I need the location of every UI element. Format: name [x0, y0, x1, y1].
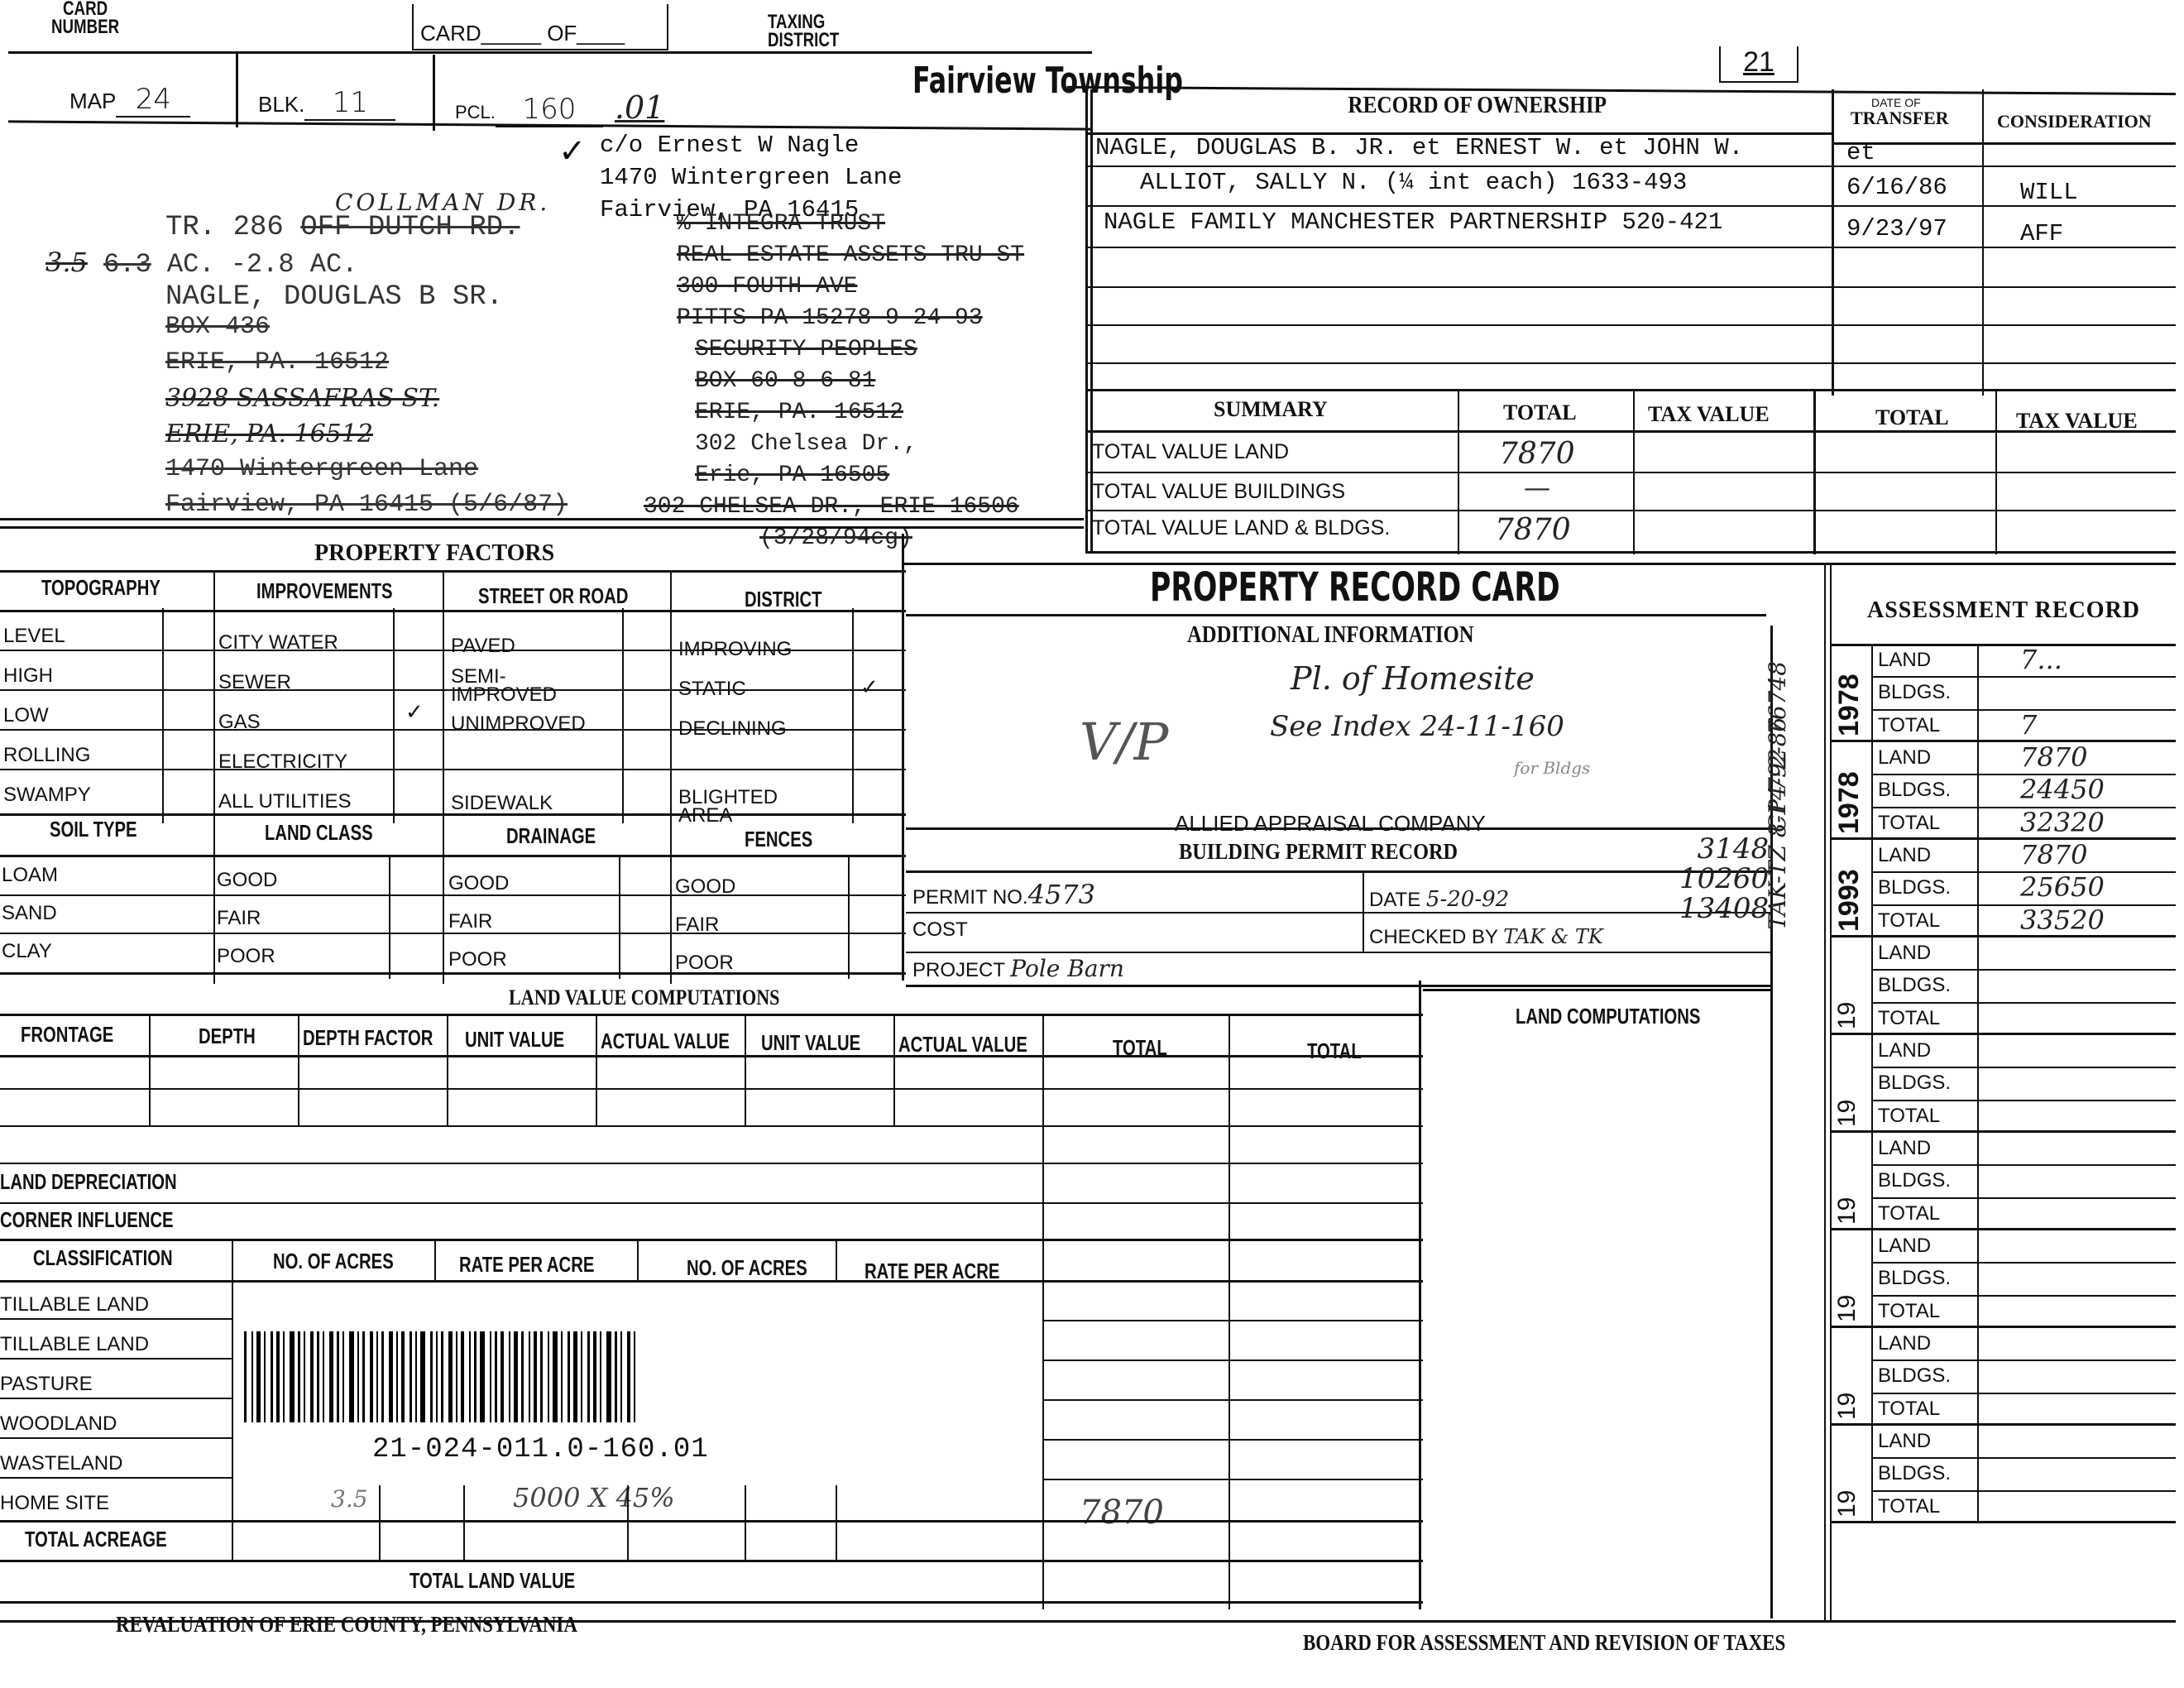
- assessment-row-label: TOTAL: [1878, 1495, 1940, 1518]
- assessment-block: 19LANDBLDGS.TOTAL: [1830, 1327, 2176, 1425]
- home-site-rate: 5000 X 45%: [513, 1482, 675, 1513]
- assessment-row-label: BLDGS.: [1878, 1462, 1951, 1485]
- owner-row-2: ALLIOT, SALLY N. (¼ int each) 1633-493: [1140, 169, 1687, 196]
- assessment-row-label: TOTAL: [1878, 1398, 1940, 1421]
- land-value-computations: LAND VALUE COMPUTATIONS FRONTAGE DEPTH D…: [0, 981, 1423, 1609]
- assessment-side-note: TAK-TZ 8-14-92: [1764, 748, 1791, 930]
- assessment-row-label: TOTAL: [1878, 812, 1940, 835]
- assessment-block: 19LANDBLDGS.TOTAL: [1830, 1034, 2176, 1132]
- note-line-2: See Index 24-11-160: [1270, 710, 1564, 743]
- owner-rule: [0, 518, 1084, 520]
- assessment-block: 19LANDBLDGS.TOTAL: [1830, 1132, 2176, 1230]
- assessment-year: 19: [1833, 1393, 1861, 1420]
- fences-list: GOOD FAIR POOR: [675, 868, 735, 982]
- acreage-line: 3.5 6.3 AC. -2.8 AC.: [45, 247, 357, 280]
- date-of-transfer-header: TRANSFER: [1851, 108, 1949, 129]
- barcode: [244, 1331, 889, 1422]
- home-site-total: 7870: [1080, 1494, 1164, 1532]
- drainage-list: GOOD FAIR POOR: [448, 865, 509, 979]
- assessment-land-value: 7...: [2020, 644, 2062, 675]
- pcl-field: PCL.160.01: [455, 89, 664, 127]
- note-line-1: Pl. of Homesite: [1291, 660, 1535, 697]
- owner-row-3: NAGLE FAMILY MANCHESTER PARTNERSHIP 520-…: [1104, 209, 1722, 236]
- permit-record: BUILDING PERMIT RECORD PERMIT NO.4573 DA…: [906, 827, 1770, 993]
- card-number-label: CARD NUMBER: [51, 0, 119, 36]
- assessment-land-value: 7870: [2020, 741, 2087, 773]
- assessment-year: 19: [1833, 1002, 1861, 1029]
- ownership-table: RECORD OF OWNERSHIP DATE OF TRANSFER CON…: [1085, 89, 2176, 396]
- property-factors: PROPERTY FACTORS TOPOGRAPHY IMPROVEMENTS…: [0, 534, 906, 981]
- assessment-row-label: TOTAL: [1878, 1105, 1940, 1128]
- assessment-year: 1993: [1833, 869, 1865, 932]
- assessment-row-label: BLDGS.: [1878, 1267, 1951, 1290]
- assessment-row-label: LAND: [1878, 1430, 1931, 1453]
- assessment-row-label: LAND: [1878, 1039, 1931, 1062]
- card-title: PROPERTY RECORD CARD: [1150, 564, 1560, 611]
- permit-side-figures: 3148 10260 13408: [1679, 834, 1769, 923]
- assessment-block: 1978LAND7...BLDGS.TOTAL776748: [1830, 644, 2176, 741]
- barcode-text: 21-024-011.0-160.01: [372, 1434, 709, 1465]
- assessment-year: 1978: [1833, 771, 1865, 834]
- assessment-row-label: LAND: [1878, 1332, 1931, 1355]
- taxing-district-label: TAXING DISTRICT: [768, 13, 839, 50]
- assessment-row-label: LAND: [1878, 1137, 1931, 1160]
- blk-field: BLK.11: [258, 86, 395, 121]
- district-code: 21: [1743, 46, 1774, 78]
- owner-rule: [0, 526, 1084, 529]
- note-line-3: for Bldgs: [1514, 758, 1590, 778]
- assessment-year: 19: [1833, 1197, 1861, 1225]
- ownership-title: RECORD OF OWNERSHIP: [1348, 93, 1607, 119]
- assessment-total-value: 7: [2020, 709, 2037, 741]
- additional-info: PROPERTY RECORD CARD ADDITIONAL INFORMAT…: [906, 563, 1766, 836]
- assessment-row-label: BLDGS.: [1878, 779, 1951, 802]
- summary-land-total: 7870: [1499, 437, 1575, 471]
- owner-row-1: NAGLE, DOUGLAS B. JR. et ERNEST W. et JO…: [1095, 134, 1743, 161]
- assessment-record: ASSESSMENT RECORD 1978LAND7...BLDGS.TOTA…: [1830, 563, 2176, 1622]
- map-field: MAP24: [69, 83, 190, 117]
- summary-table: SUMMARY TOTAL TAX VALUE TOTAL TAX VALUE …: [1085, 389, 2176, 563]
- improvements-list: CITY WATER SEWER GAS ELECTRICITY ALL UTI…: [218, 623, 352, 822]
- divider: [236, 51, 238, 127]
- district-code-box: 21: [1719, 46, 1798, 83]
- gas-check-icon[interactable]: ✓: [405, 699, 424, 725]
- blk-value[interactable]: 11: [304, 86, 395, 121]
- assessment-total-value: 33520: [2020, 904, 2105, 936]
- footer-left: REVALUATION OF ERIE COUNTY, PENNSYLVANIA: [116, 1612, 577, 1638]
- consideration-header: CONSIDERATION: [1997, 111, 2152, 132]
- assessment-block: 1993LAND7870BLDGS.25650TOTAL33520TAK-TZ …: [1830, 839, 2176, 937]
- divider: [433, 55, 435, 131]
- assessment-block: 19LANDBLDGS.TOTAL: [1830, 1230, 2176, 1327]
- check-icon: ✓: [558, 132, 587, 170]
- assessment-row-label: TOTAL: [1878, 714, 1940, 737]
- soil-list: LOAM SAND CLAY: [2, 856, 58, 971]
- assessment-row-label: LAND: [1878, 649, 1931, 672]
- assessment-row-label: BLDGS.: [1878, 1169, 1951, 1192]
- land-class-list: GOOD FAIR POOR: [217, 861, 277, 976]
- assessment-row-label: LAND: [1878, 746, 1931, 770]
- land-computations-box: LAND COMPUTATIONS: [1423, 989, 1770, 1622]
- assessment-row-label: BLDGS.: [1878, 681, 1951, 704]
- assessment-row-label: TOTAL: [1878, 1202, 1940, 1225]
- assessment-block: 19LANDBLDGS.TOTAL: [1830, 937, 2176, 1034]
- assessment-row-label: BLDGS.: [1878, 876, 1951, 899]
- assessment-row-label: TOTAL: [1878, 909, 1940, 933]
- assessment-block: 1978LAND7870BLDGS.24450TOTAL32320CP 7-2-…: [1830, 741, 2176, 839]
- district-list: IMPROVING STATIC DECLINING BLIGHTED AREA: [678, 630, 792, 825]
- street-list: PAVED SEMI- IMPROVED UNIMPROVED SIDEWALK: [451, 626, 586, 823]
- header-rule: [8, 51, 1092, 54]
- summary-total: 7870: [1495, 513, 1571, 547]
- card-of-box: CARD_____ OF____: [412, 4, 668, 50]
- divider: [1832, 89, 1834, 396]
- assessment-year: 19: [1833, 1295, 1861, 1322]
- map-value[interactable]: 24: [116, 83, 190, 117]
- assessment-year: 19: [1833, 1490, 1861, 1518]
- home-site-acres: 3.5: [331, 1485, 368, 1513]
- assessment-row-label: BLDGS.: [1878, 1364, 1951, 1388]
- permit-number: 4573: [1028, 879, 1095, 910]
- location-line: TR. 286 OFF DUTCH RD.: [165, 212, 520, 243]
- assessment-land-value: 7870: [2020, 839, 2087, 870]
- card-of-label: CARD_____ OF____: [420, 21, 625, 46]
- assessment-row-label: LAND: [1878, 1235, 1931, 1258]
- assessment-year: 1978: [1833, 674, 1865, 736]
- right-address-history: % INTEGRA TRUST REAL ESTATE ASSETS TRU S…: [677, 209, 1024, 554]
- pcl-suffix: .01: [615, 89, 664, 126]
- topography-list: LEVEL HIGH LOW ROLLING SWAMPY: [3, 616, 91, 815]
- assessment-row-label: LAND: [1878, 942, 1931, 965]
- footer-right: BOARD FOR ASSESSMENT AND REVISION OF TAX…: [1303, 1630, 1785, 1656]
- assessment-year: 19: [1833, 1100, 1861, 1127]
- assessment-bldgs-value: 25650: [2020, 871, 2105, 903]
- project-value: Pole Barn: [1010, 955, 1124, 982]
- assessment-total-value: 32320: [2020, 807, 2105, 838]
- assessment-block: 19LANDBLDGS.TOTAL: [1830, 1425, 2176, 1523]
- divider: [1982, 89, 1984, 396]
- assessment-row-label: TOTAL: [1878, 1300, 1940, 1323]
- classification-list: TILLABLE LAND TILLABLE LAND PASTURE WOOD…: [0, 1285, 149, 1523]
- left-address-history: BOX 436 ERIE, PA. 16512 3928 SASSAFRAS S…: [165, 309, 568, 523]
- margin-note: V/P: [1080, 712, 1168, 772]
- owner-name: NAGLE, DOUGLAS B SR.: [165, 281, 503, 313]
- assessment-row-label: LAND: [1878, 844, 1931, 867]
- assessment-bldgs-value: 24450: [2020, 774, 2105, 805]
- assessment-row-label: BLDGS.: [1878, 1072, 1951, 1095]
- assessment-row-label: TOTAL: [1878, 1007, 1940, 1030]
- static-check-icon[interactable]: ✓: [860, 674, 879, 700]
- permit-date: 5-20-92: [1426, 887, 1509, 912]
- checked-by: TAK & TK: [1503, 925, 1603, 948]
- pcl-value[interactable]: 160: [496, 93, 603, 127]
- assessment-row-label: BLDGS.: [1878, 974, 1951, 997]
